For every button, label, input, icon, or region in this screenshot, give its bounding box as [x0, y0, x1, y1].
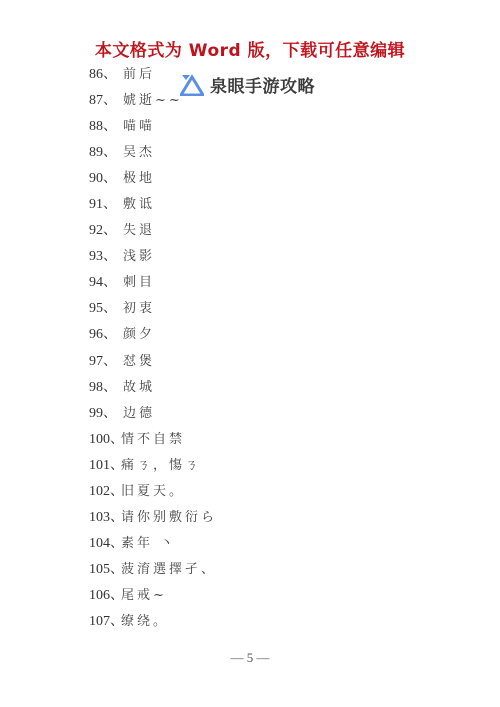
item-text: 缭绕。 — [121, 611, 169, 637]
item-text: 痛ㄋ，慯ㄋ — [121, 455, 201, 481]
item-text: 旧夏天。 — [121, 481, 185, 507]
list-item: 88、喵喵 — [89, 116, 217, 142]
item-number: 94、 — [89, 272, 123, 298]
list-item: 102、旧夏天。 — [89, 481, 217, 507]
list-item: 95、初衷 — [89, 298, 217, 324]
watermark: 泉眼手游攻略 — [180, 72, 315, 97]
item-number: 105、 — [89, 559, 121, 585]
item-number: 86、 — [89, 64, 123, 90]
item-number: 98、 — [89, 377, 123, 403]
nickname-list: 86、前后87、婋逝~~88、喵喵89、吴杰90、极地91、敷诋92、失退93、… — [89, 64, 217, 637]
item-text: 极地 — [123, 168, 155, 194]
item-number: 100、 — [89, 429, 121, 455]
item-number: 93、 — [89, 246, 123, 272]
item-number: 101、 — [89, 455, 121, 481]
list-item: 100、情不自禁 — [89, 429, 217, 455]
item-text: 前后 — [123, 64, 155, 90]
format-banner: 本文格式为 Word 版，下载可任意编辑 — [0, 36, 500, 61]
item-number: 99、 — [89, 403, 123, 429]
item-text: 颜夕 — [123, 324, 155, 350]
item-text: 婋逝~~ — [123, 90, 183, 116]
item-text: 失退 — [123, 220, 155, 246]
list-item: 98、故城 — [89, 377, 217, 403]
item-number: 106、 — [89, 585, 121, 611]
list-item: 105、菠淯選擇孑、 — [89, 559, 217, 585]
item-text: 请你别敷衍ら — [121, 507, 217, 533]
item-number: 92、 — [89, 220, 123, 246]
page-number: — 5 — — [0, 650, 500, 666]
item-number: 104、 — [89, 533, 121, 559]
list-item: 94、刺目 — [89, 272, 217, 298]
item-text: 菠淯選擇孑、 — [121, 559, 217, 585]
list-item: 90、极地 — [89, 168, 217, 194]
item-number: 96、 — [89, 324, 123, 350]
triangle-logo-icon — [180, 74, 204, 96]
item-number: 90、 — [89, 168, 123, 194]
list-item: 89、吴杰 — [89, 142, 217, 168]
list-item: 107、缭绕。 — [89, 611, 217, 637]
item-text: 尾戒~ — [121, 585, 167, 611]
list-item: 92、失退 — [89, 220, 217, 246]
item-number: 107、 — [89, 611, 121, 637]
item-number: 91、 — [89, 194, 123, 220]
item-number: 97、 — [89, 351, 123, 377]
item-number: 89、 — [89, 142, 123, 168]
item-text: 喵喵 — [123, 116, 155, 142]
item-text: 情不自禁 — [121, 429, 185, 455]
item-text: 刺目 — [123, 272, 155, 298]
list-item: 106、尾戒~ — [89, 585, 217, 611]
item-text: 故城 — [123, 377, 155, 403]
item-text: 浅影 — [123, 246, 155, 272]
item-number: 95、 — [89, 298, 123, 324]
item-number: 88、 — [89, 116, 123, 142]
list-item: 99、边德 — [89, 403, 217, 429]
list-item: 101、痛ㄋ，慯ㄋ — [89, 455, 217, 481]
item-number: 103、 — [89, 507, 121, 533]
watermark-text: 泉眼手游攻略 — [210, 72, 315, 97]
list-item: 93、浅影 — [89, 246, 217, 272]
item-text: 边德 — [123, 403, 155, 429]
item-number: 87、 — [89, 90, 123, 116]
list-item: 91、敷诋 — [89, 194, 217, 220]
item-text: 怼煲 — [123, 351, 155, 377]
item-text: 吴杰 — [123, 142, 155, 168]
list-item: 103、请你别敷衍ら — [89, 507, 217, 533]
list-item: 97、怼煲 — [89, 351, 217, 377]
item-number: 102、 — [89, 481, 121, 507]
item-text: 素年 丶 — [121, 533, 176, 559]
item-text: 敷诋 — [123, 194, 155, 220]
list-item: 96、颜夕 — [89, 324, 217, 350]
list-item: 104、素年 丶 — [89, 533, 217, 559]
item-text: 初衷 — [123, 298, 155, 324]
